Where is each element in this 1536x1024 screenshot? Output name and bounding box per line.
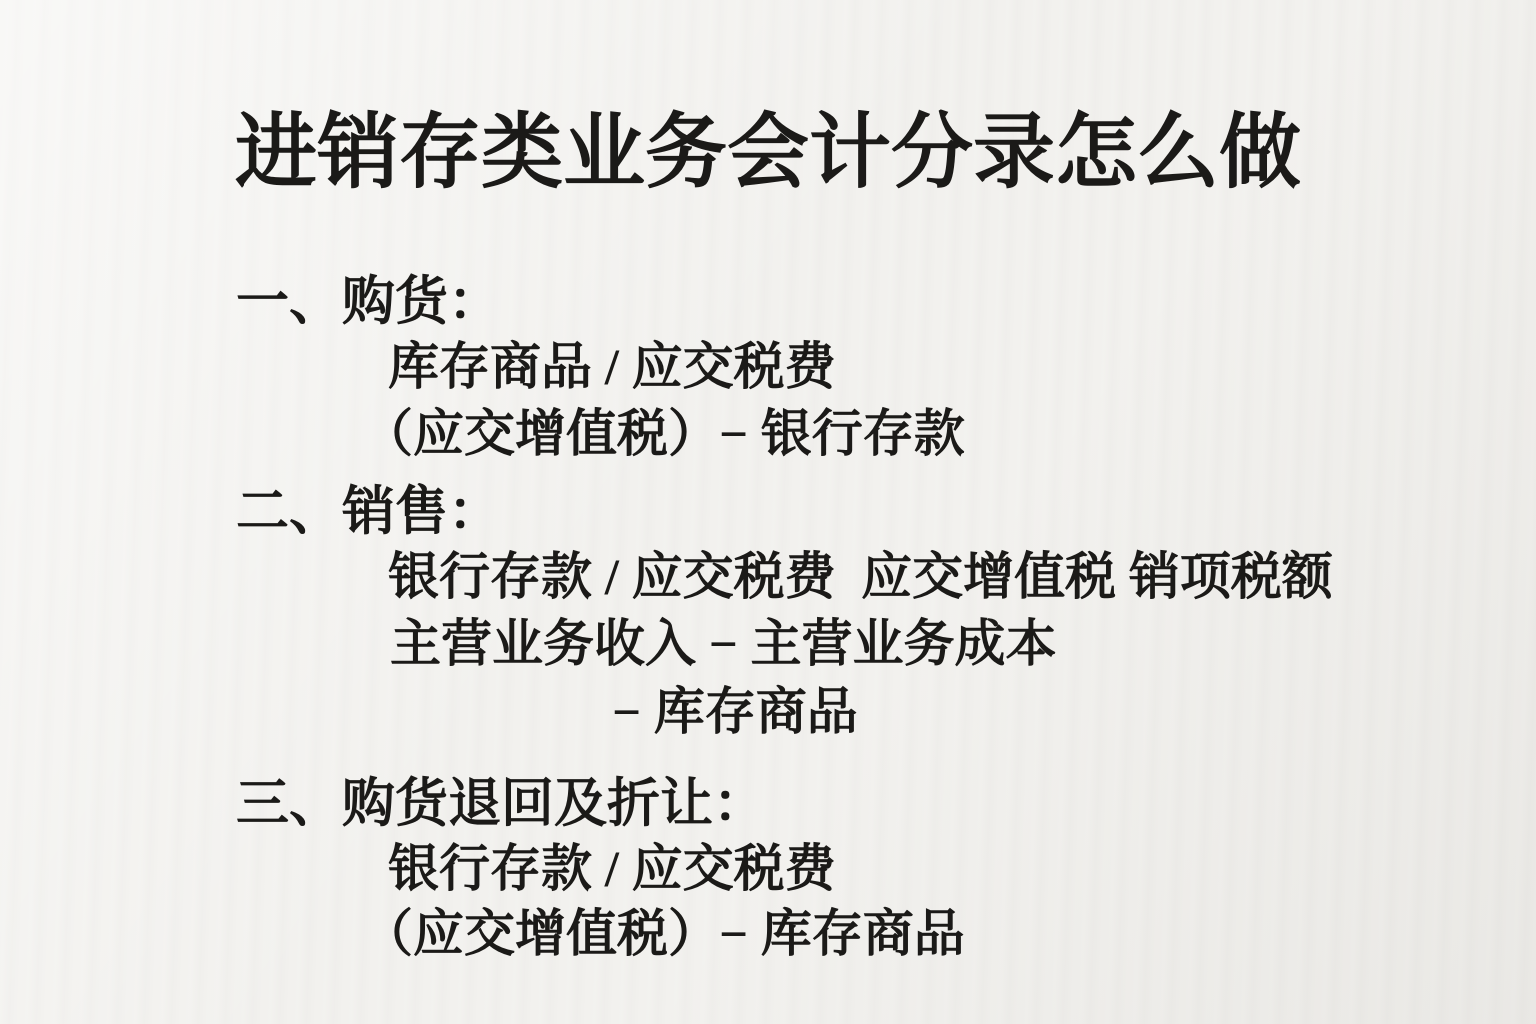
section-purchase-heading: 一、购货： — [236, 276, 501, 329]
sales-entry-revenue-cost-line: 主营业务收入 − 主营业务成本 — [390, 620, 1057, 671]
returns-entry-debit-line: 银行存款 / 应交税费 — [388, 845, 836, 896]
purchase-entry-credit-line: （应交增值税）− 银行存款 — [362, 410, 965, 461]
section-purchase-returns-heading: 三、购货退回及折让： — [236, 778, 766, 831]
sales-entry-debit-line: 银行存款 / 应交税费 应交增值税 销项税额 — [388, 553, 1333, 604]
slide-page: 进销存类业务会计分录怎么做 一、购货： 库存商品 / 应交税费 （应交增值税）−… — [0, 0, 1536, 1024]
returns-entry-credit-line: （应交增值税）− 库存商品 — [362, 910, 965, 961]
purchase-entry-debit-line: 库存商品 / 应交税费 — [388, 343, 836, 394]
section-sales-heading: 二、销售： — [236, 486, 501, 539]
page-title: 进销存类业务会计分录怎么做 — [0, 112, 1536, 194]
sales-entry-inventory-credit-line: − 库存商品 — [612, 688, 858, 739]
